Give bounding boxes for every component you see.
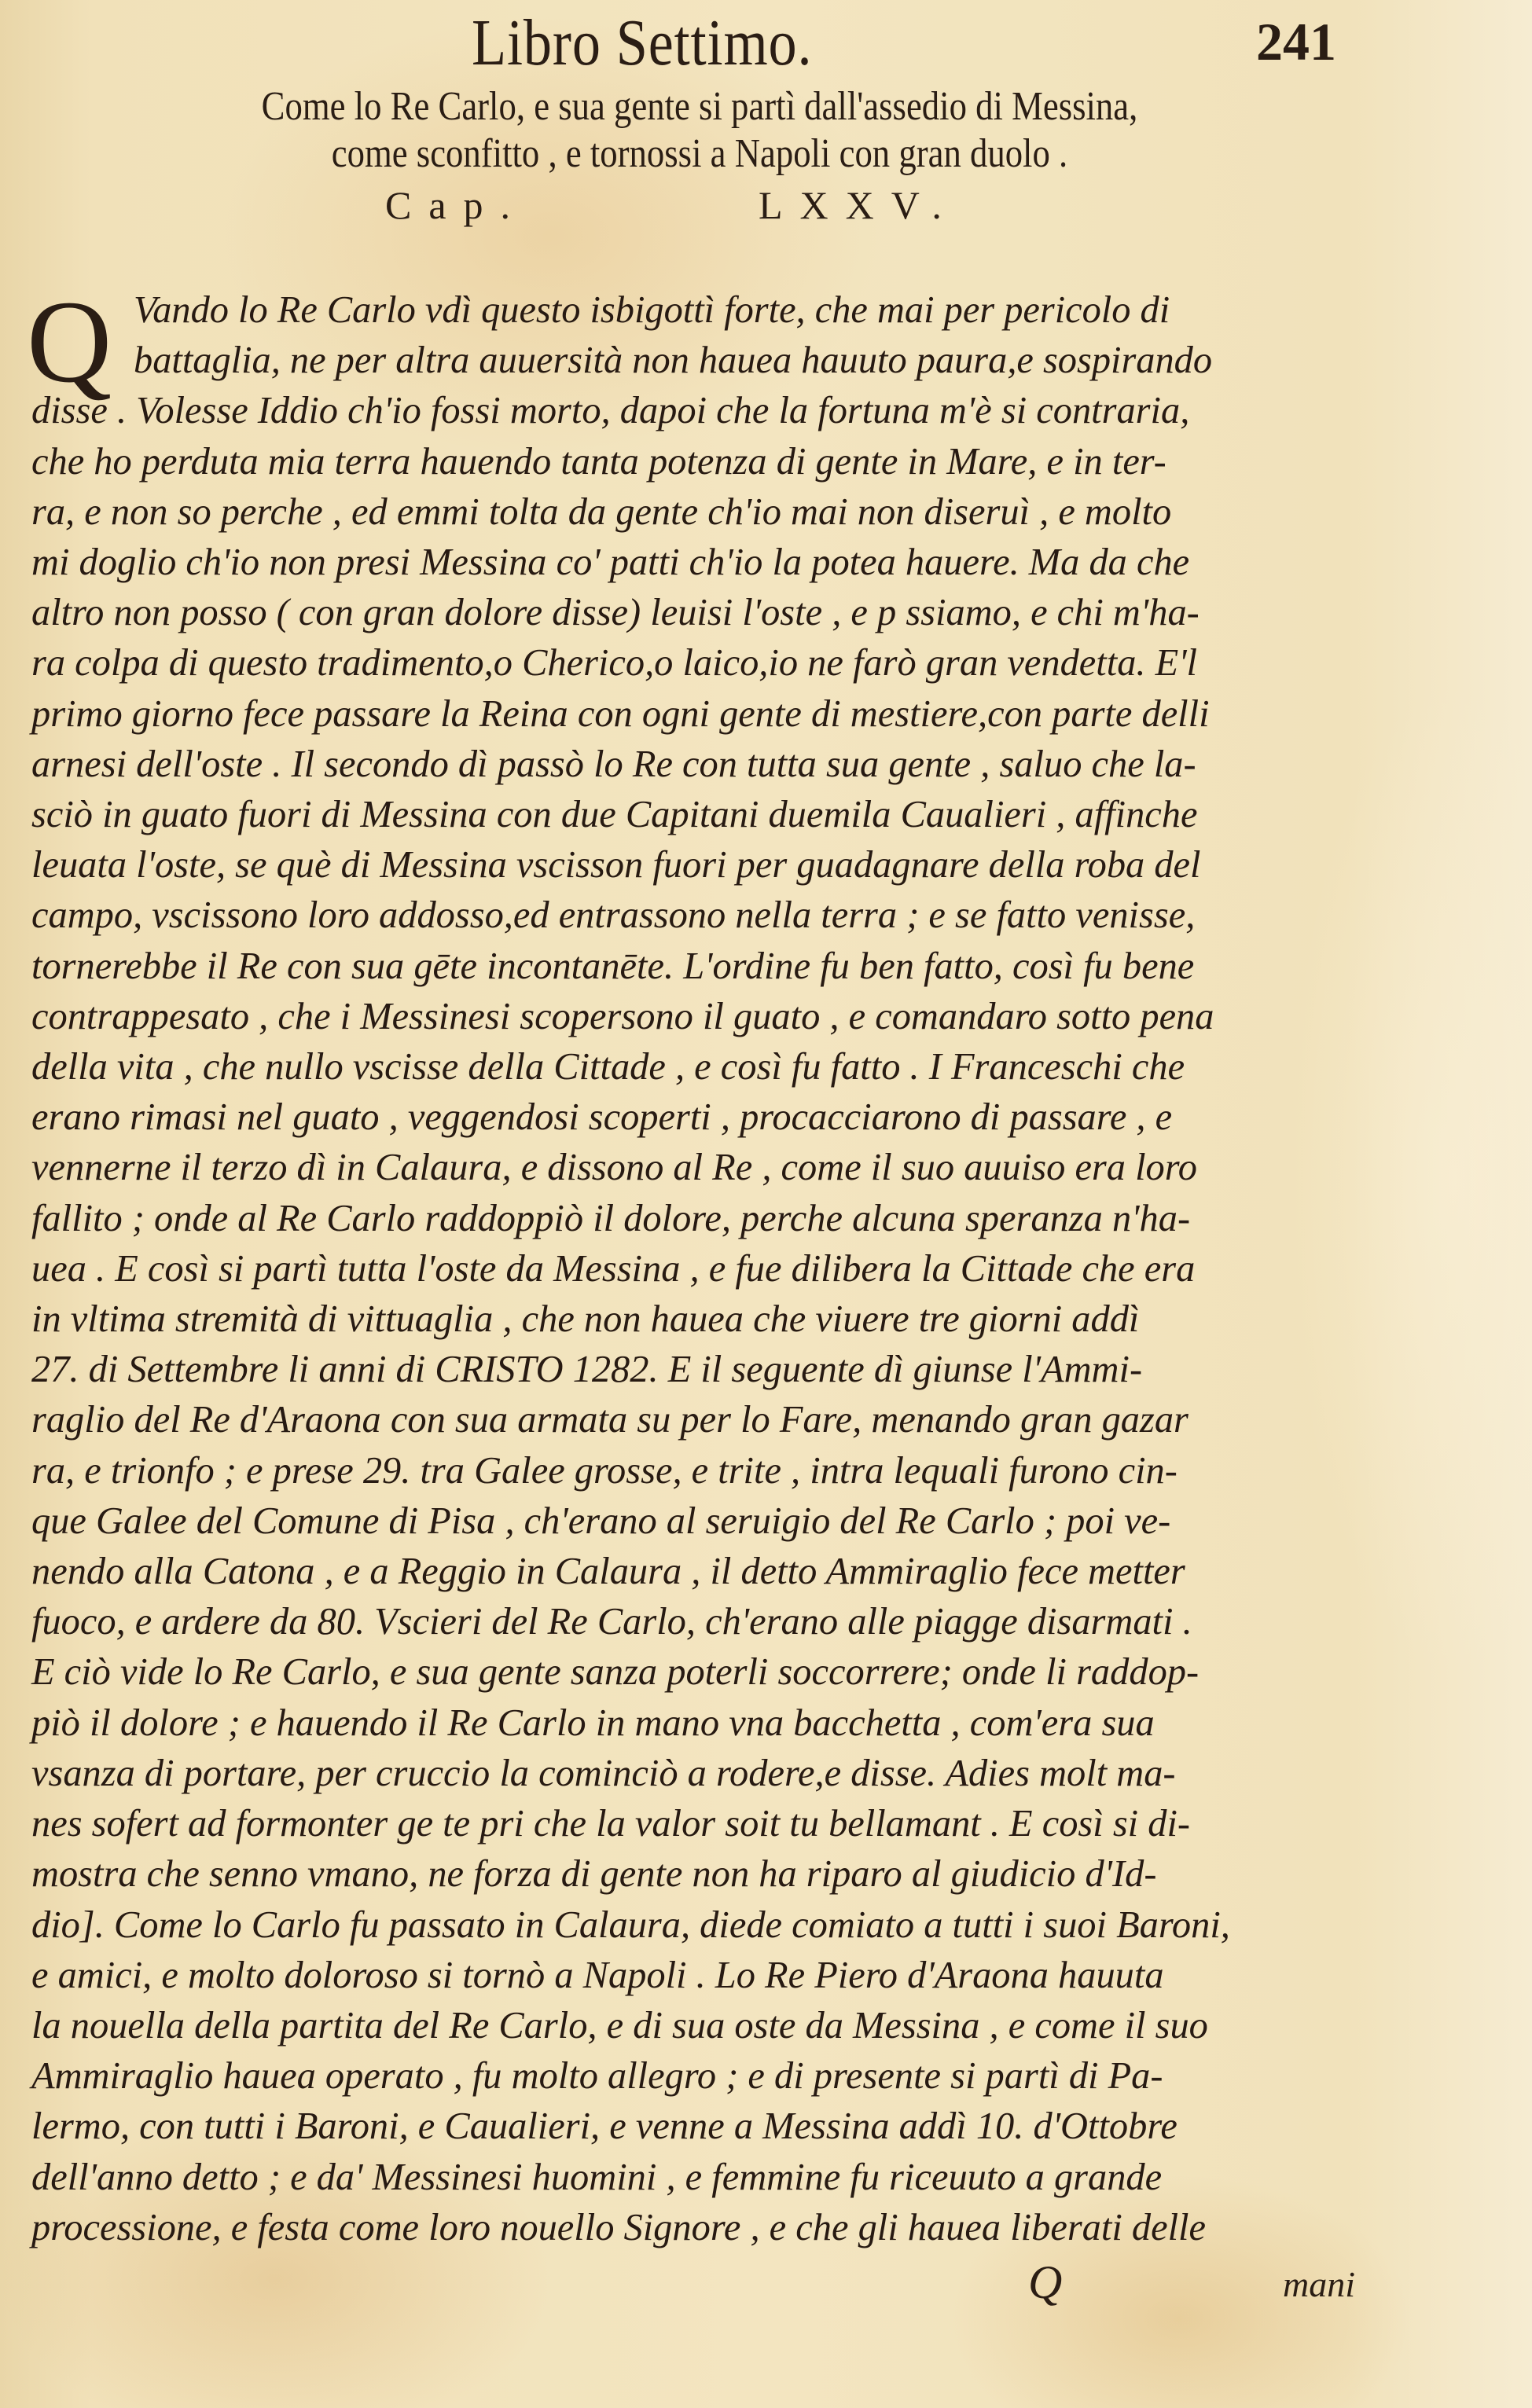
text-line: que Galee del Comune di Pisa , ch'erano …	[31, 1496, 1352, 1546]
signature-mark: Q	[1028, 2256, 1062, 2310]
text-line: lermo, con tutti i Baroni, e Caualieri, …	[31, 2101, 1352, 2151]
text-line: fallito ; onde al Re Carlo raddoppiò il …	[31, 1193, 1352, 1243]
text-line: arnesi dell'oste . Il secondo dì passò l…	[31, 739, 1352, 789]
catchword: mani	[1283, 2263, 1355, 2305]
text-line: e amici, e molto doloroso si tornò a Nap…	[31, 1950, 1352, 2000]
text-line: ra, e trionfo ; e prese 29. tra Galee gr…	[31, 1445, 1352, 1496]
text-line: battaglia, ne per altra auuersità non ha…	[33, 335, 1352, 385]
text-line: Ammiraglio hauea operato , fu molto alle…	[31, 2050, 1352, 2101]
text-line: erano rimasi nel guato , veggendosi scop…	[31, 1092, 1352, 1142]
text-line: uea . E così si partì tutta l'oste da Me…	[31, 1243, 1352, 1294]
book-page: Libro Settimo. 241 Come lo Re Carlo, e s…	[0, 0, 1532, 2408]
text-line: primo giorno fece passare la Reina con o…	[31, 688, 1352, 739]
text-line: dell'anno detto ; e da' Messinesi huomin…	[31, 2152, 1352, 2202]
text-line: raglio del Re d'Araona con sua armata su…	[31, 1394, 1352, 1444]
text-line: nes sofert ad formonter ge te pri che la…	[31, 1798, 1352, 1848]
chapter-heading-line-2: come sconfitto , e tornossi a Napoli con…	[172, 130, 1227, 178]
text-line: altro non posso ( con gran dolore disse)…	[31, 587, 1352, 637]
text-line: ra, e non so perche , ed emmi tolta da g…	[31, 486, 1352, 537]
text-line: la nouella della partita del Re Carlo, e…	[31, 2000, 1352, 2050]
text-line: vsanza di portare, per cruccio la cominc…	[31, 1748, 1352, 1798]
text-line: E ciò vide lo Re Carlo, e sua gente sanz…	[31, 1646, 1352, 1697]
page-number: 241	[1256, 11, 1336, 73]
text-line: processione, e festa come loro nouello S…	[31, 2202, 1352, 2252]
text-line: ra colpa di questo tradimento,o Cherico,…	[31, 637, 1352, 688]
text-line: contrappesato , che i Messinesi scoperso…	[31, 991, 1352, 1041]
text-line: della vita , che nullo vscisse della Cit…	[31, 1041, 1352, 1092]
running-title: Libro Settimo.	[472, 5, 812, 81]
text-line: piò il dolore ; e hauendo il Re Carlo in…	[31, 1698, 1352, 1748]
chapter-label: Cap.	[385, 182, 527, 228]
text-line: 27. di Settembre li anni di CRISTO 1282.…	[31, 1344, 1352, 1394]
text-line: dio]. Come lo Carlo fu passato in Calaur…	[31, 1900, 1352, 1950]
chapter-roman-numeral: LXXV.	[759, 182, 959, 228]
text-line: mostra che senno vmano, ne forza di gent…	[31, 1848, 1352, 1899]
chapter-heading: Come lo Re Carlo, e sua gente si partì d…	[86, 83, 1313, 178]
text-line: Vando lo Re Carlo vdì questo isbigottì f…	[33, 284, 1352, 335]
text-line: sciò in guato fuori di Messina con due C…	[31, 789, 1352, 839]
text-line: campo, vscissono loro addosso,ed entrass…	[31, 890, 1352, 940]
text-line: tornerebbe il Re con sua gēte incontanēt…	[31, 941, 1352, 991]
text-line: in vltima stremità di vittuaglia , che n…	[31, 1294, 1352, 1344]
text-line: vennerne il terzo dì in Calaura, e disso…	[31, 1142, 1352, 1192]
body-text: Vando lo Re Carlo vdì questo isbigottì f…	[31, 284, 1368, 2252]
chapter-heading-line-1: Come lo Re Carlo, e sua gente si partì d…	[172, 83, 1227, 130]
text-line: mi doglio ch'io non presi Messina co' pa…	[31, 537, 1352, 587]
text-line: che ho perduta mia terra hauendo tanta p…	[31, 436, 1352, 486]
text-line: disse . Volesse Iddio ch'io fossi morto,…	[31, 385, 1352, 435]
text-line: leuata l'oste, se què di Messina vscisso…	[31, 839, 1352, 890]
text-line: fuoco, e ardere da 80. Vscieri del Re Ca…	[31, 1596, 1352, 1646]
text-line: nendo alla Catona , e a Reggio in Calaur…	[31, 1546, 1352, 1596]
